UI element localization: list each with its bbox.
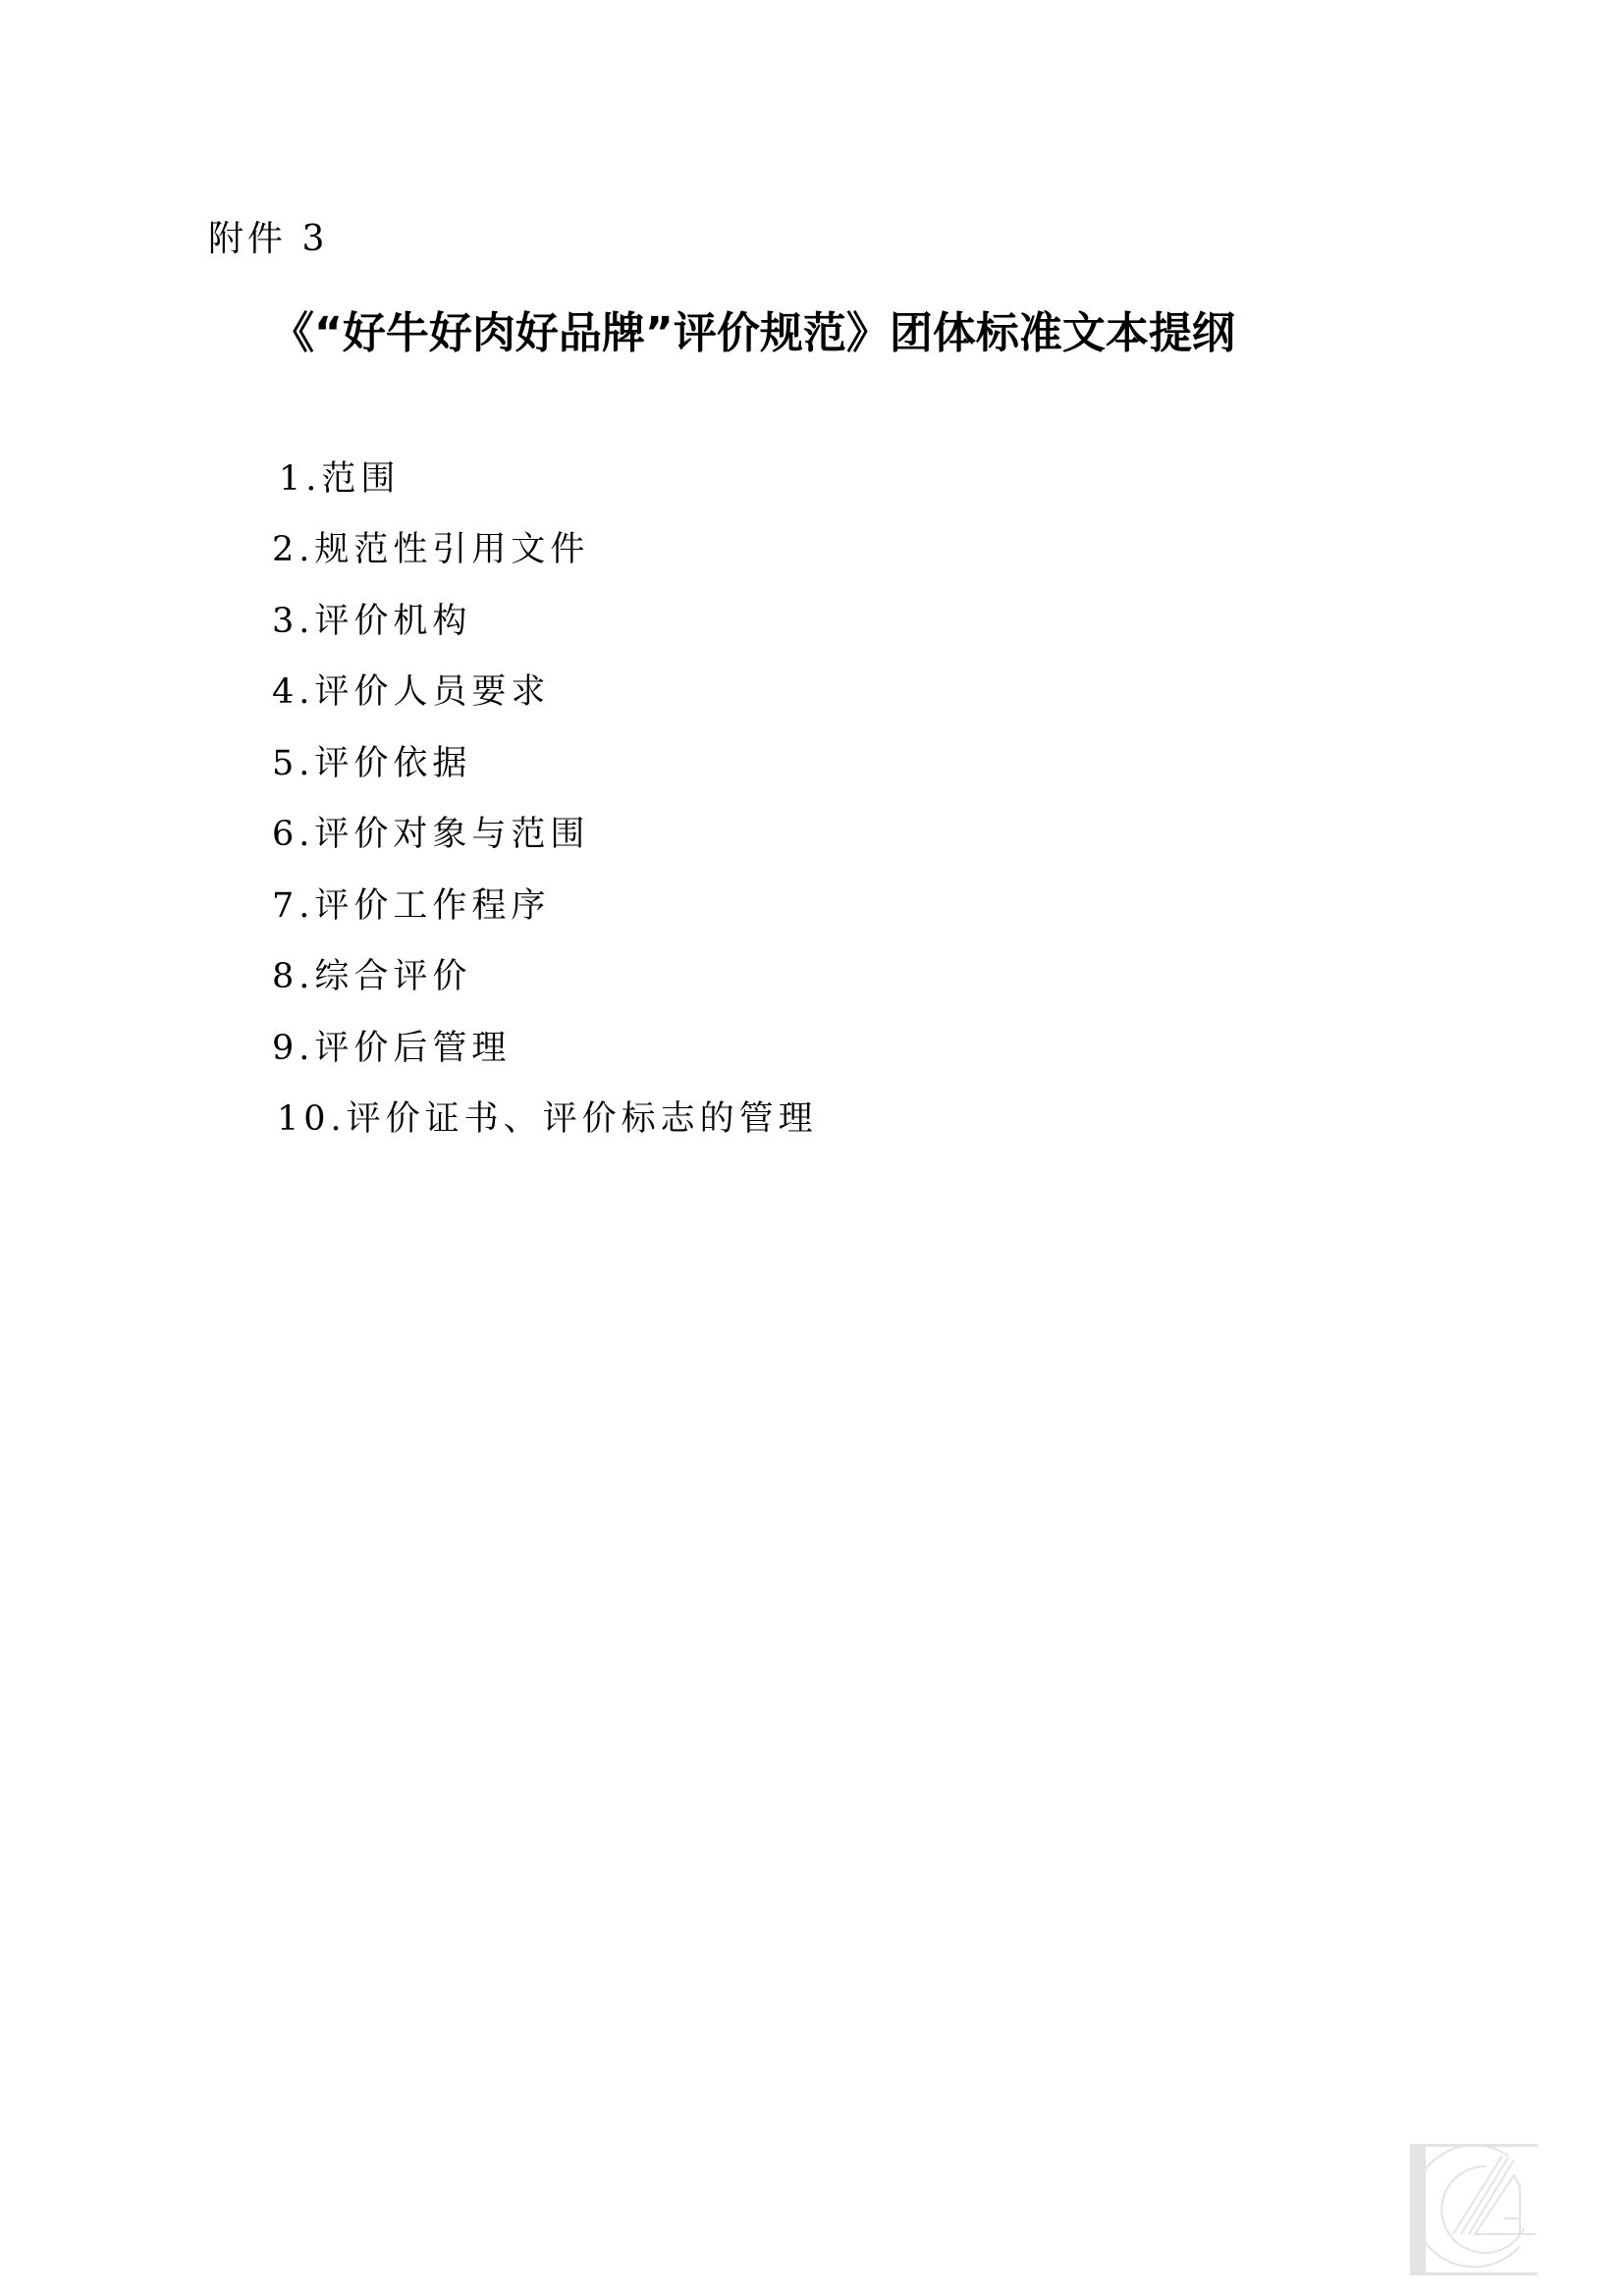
outline-item: 5.评价依据	[272, 742, 471, 785]
outline-item: 6.评价对象与范围	[272, 813, 589, 856]
document-page: 附件 3 《“好牛好肉好品牌”评价规范》团体标准文本提纲 1.范围 2.规范性引…	[0, 0, 1624, 2296]
attachment-label: 附件 3	[208, 218, 328, 261]
outline-item: 7.评价工作程序	[272, 884, 550, 928]
outline-item: 8.综合评价	[272, 955, 471, 998]
outline-item: 10.评价证书、评价标志的管理	[277, 1097, 818, 1141]
organization-logo-icon	[1410, 2144, 1538, 2275]
outline-item: 9.评价后管理	[272, 1027, 511, 1070]
document-title: 《“好牛好肉好品牌”评价规范》团体标准文本提纲	[271, 304, 1361, 363]
outline-item: 1.范围	[279, 457, 400, 501]
outline-item: 4.评价人员要求	[272, 670, 550, 714]
outline-item: 2.规范性引用文件	[272, 528, 589, 571]
outline-item: 3.评价机构	[272, 600, 471, 643]
